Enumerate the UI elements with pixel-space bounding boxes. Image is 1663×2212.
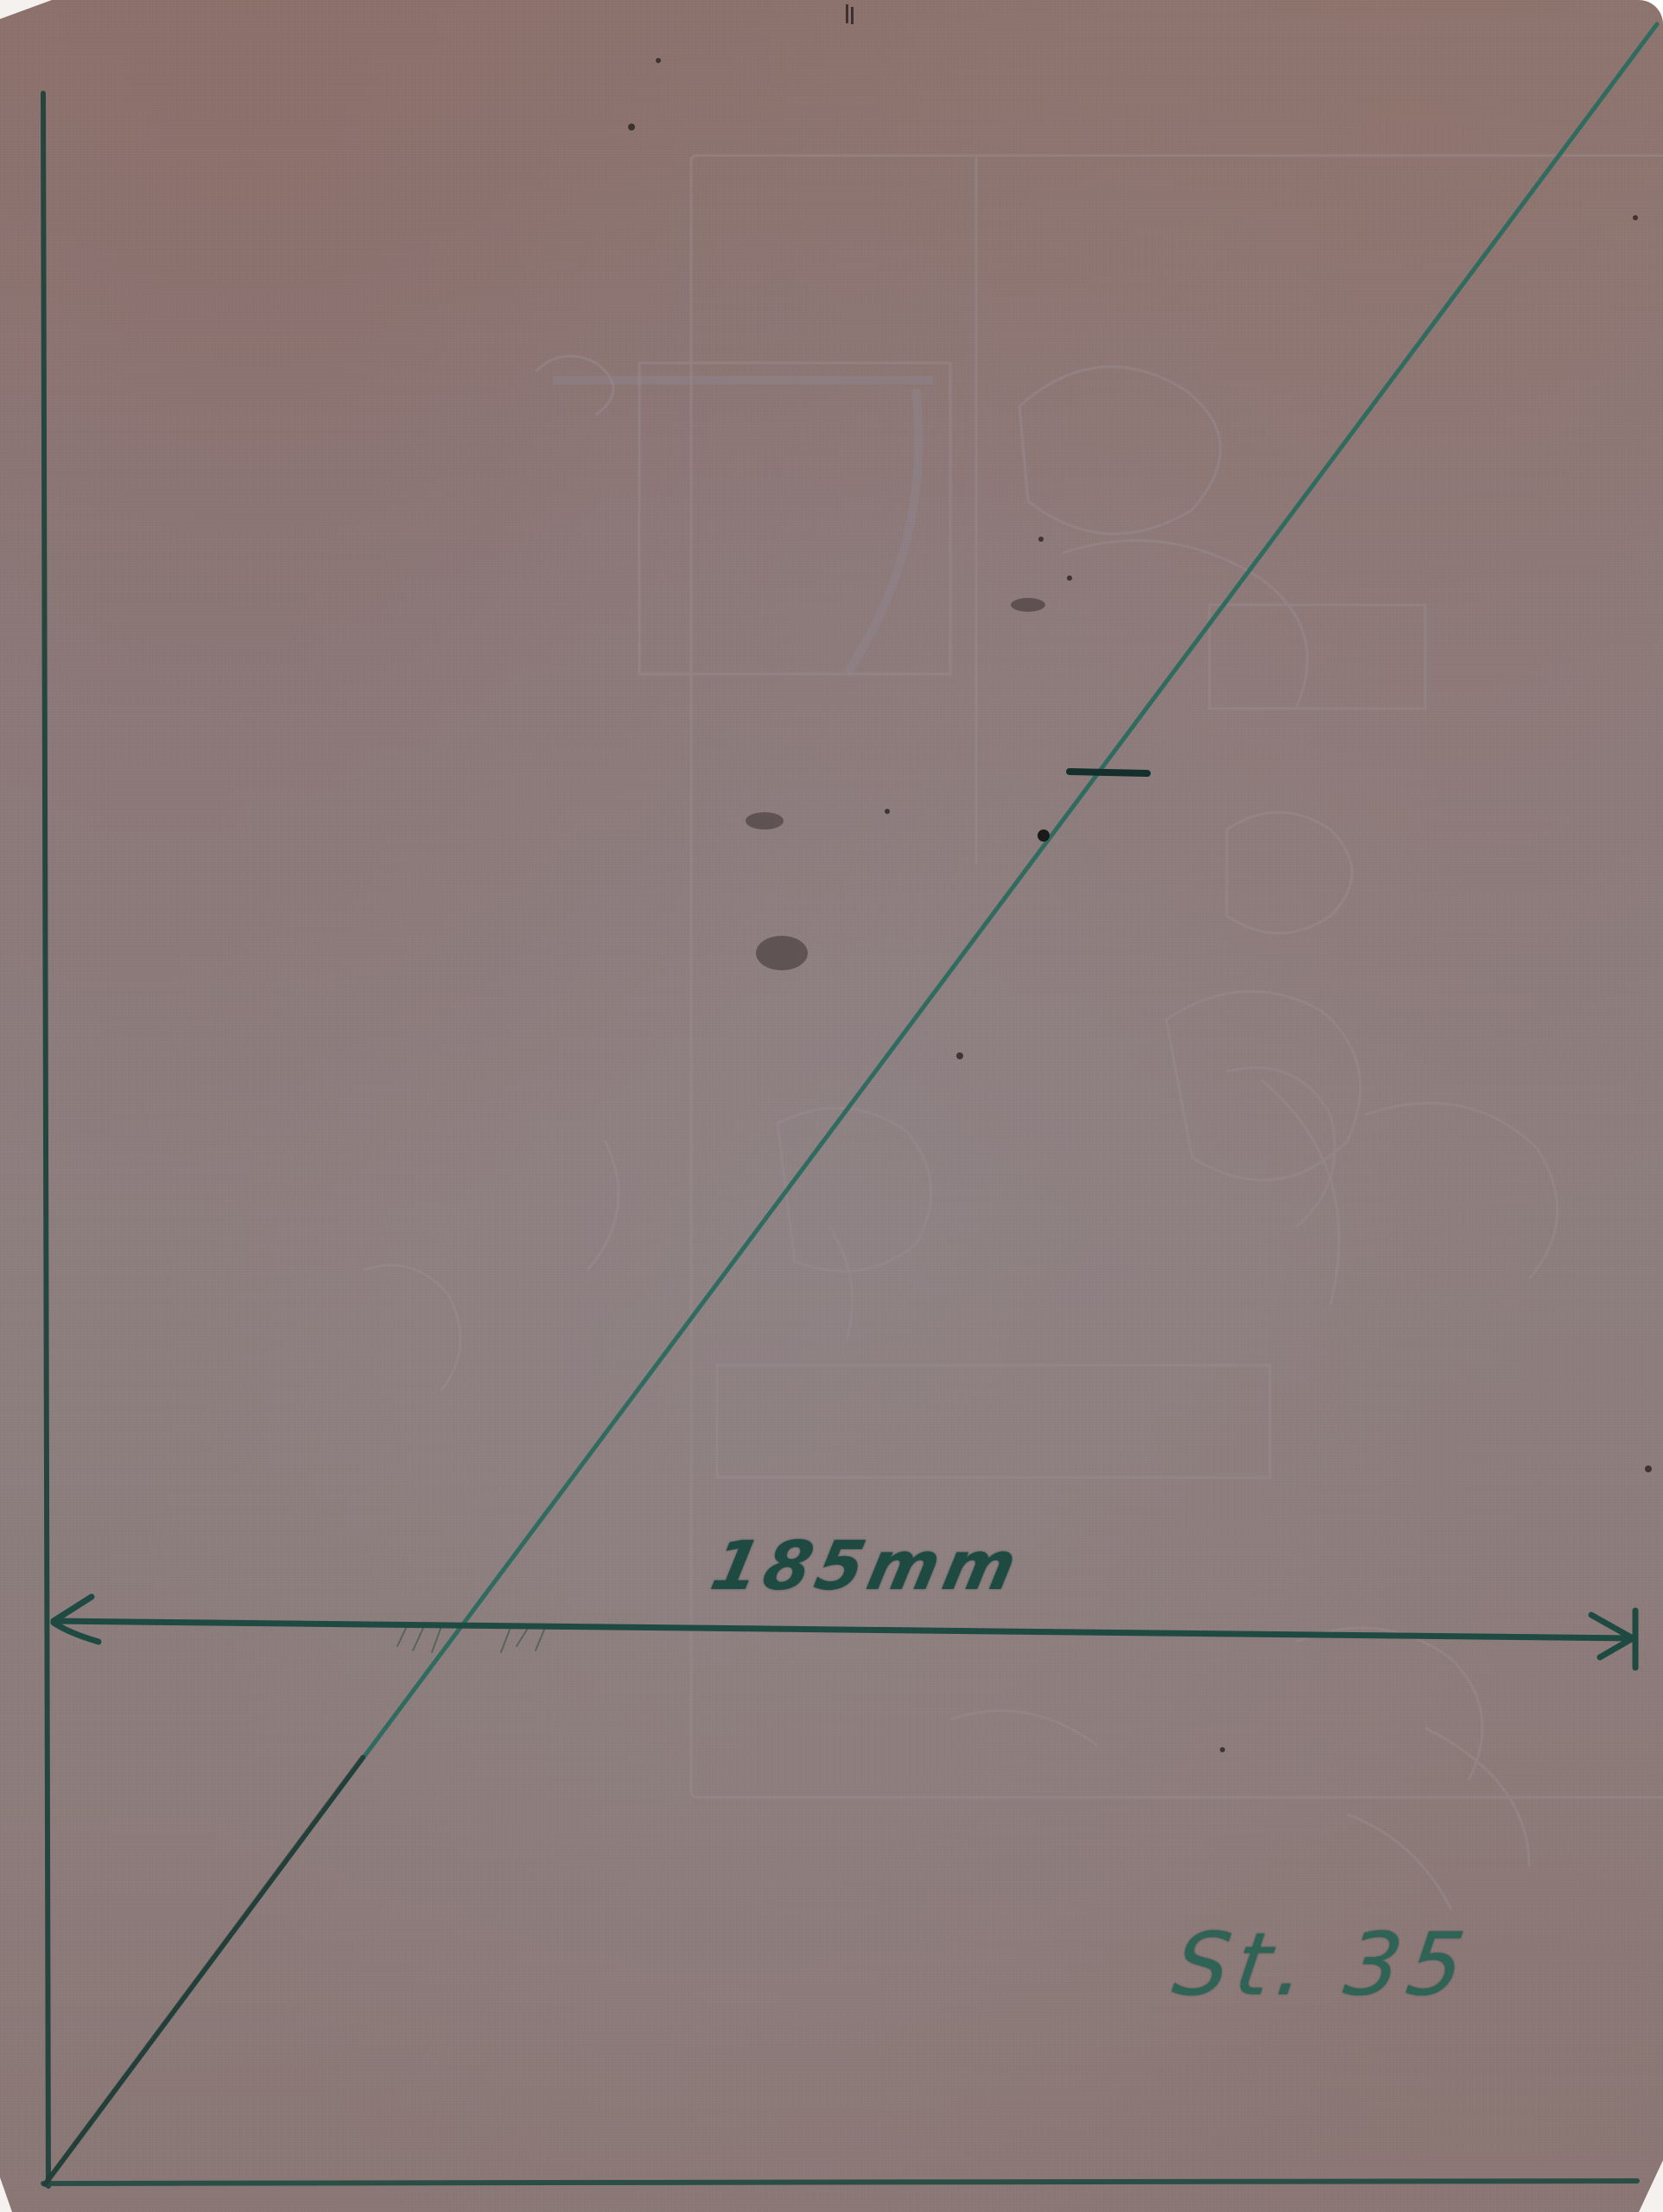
- scanned-sheet: 185mm St. 35: [0, 0, 1663, 2212]
- dimension-label: 185mm: [704, 1528, 1028, 1605]
- vertical-left-border-line: [43, 93, 48, 2186]
- smudges: [746, 598, 1045, 970]
- ink-construction-lines: [0, 0, 1663, 2212]
- ink-specks: [628, 4, 1652, 1752]
- ink-dot: [1038, 829, 1050, 842]
- page-number: St. 35: [1168, 1914, 1477, 2015]
- dash-mark: [1070, 772, 1147, 773]
- dimension-arrow-185mm: [54, 1597, 1635, 1668]
- bottom-border-line: [43, 2181, 1637, 2183]
